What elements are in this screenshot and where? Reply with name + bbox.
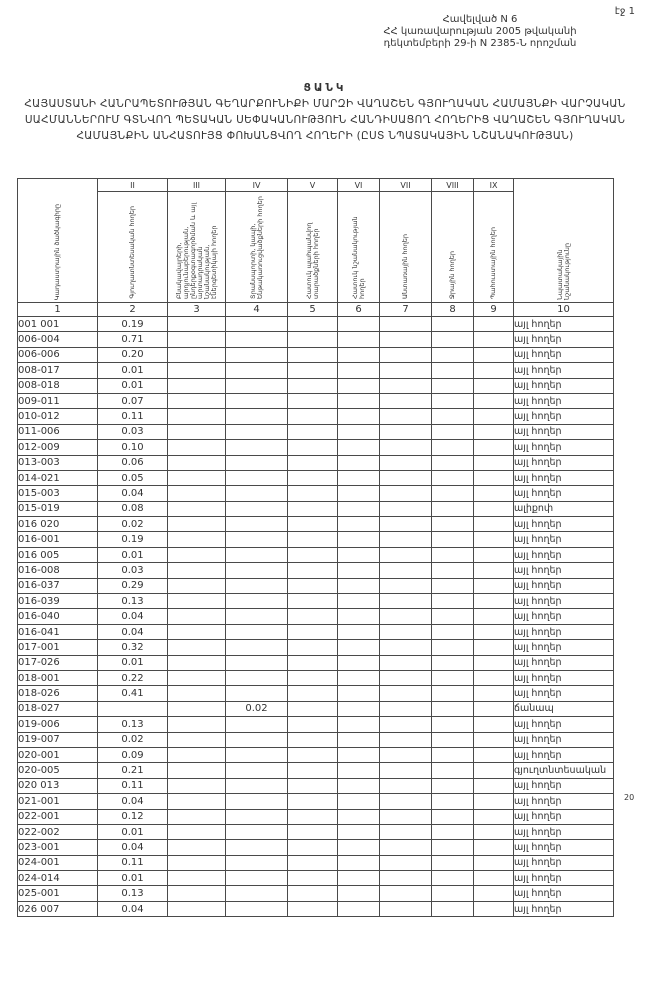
agricultural-area: 0.29 [98, 578, 168, 593]
transport-area [226, 686, 288, 701]
empty-cell [288, 578, 338, 593]
empty-cell [338, 378, 380, 393]
cadastral-code: 024-014 [18, 871, 98, 886]
empty-cell [288, 886, 338, 901]
transport-area [226, 809, 288, 824]
cadastral-code: 022-002 [18, 824, 98, 839]
transport-area [226, 763, 288, 778]
cadastral-code: 012-009 [18, 440, 98, 455]
empty-cell [380, 855, 432, 870]
empty-cell [432, 317, 474, 332]
agricultural-area: 0.05 [98, 470, 168, 485]
empty-cell [338, 640, 380, 655]
empty-cell [168, 517, 226, 532]
cadastral-code: 024-001 [18, 855, 98, 870]
empty-cell [474, 594, 514, 609]
empty-cell [168, 855, 226, 870]
transport-area [226, 747, 288, 762]
empty-cell [168, 578, 226, 593]
empty-cell [474, 563, 514, 578]
column-number: 2 [98, 303, 168, 317]
empty-cell [338, 655, 380, 670]
purpose: այլ հողեր [514, 824, 614, 839]
empty-cell [168, 717, 226, 732]
table-row: 016-0080.03այլ հողեր [18, 563, 614, 578]
empty-cell [474, 486, 514, 501]
empty-cell [168, 732, 226, 747]
transport-area [226, 393, 288, 408]
empty-cell [288, 747, 338, 762]
empty-cell [474, 824, 514, 839]
empty-cell [432, 763, 474, 778]
purpose: այլ հողեր [514, 686, 614, 701]
empty-cell [474, 532, 514, 547]
empty-cell [338, 440, 380, 455]
empty-cell [168, 393, 226, 408]
title-text: ՀԱՅԱՍՏԱՆԻ ՀԱՆՐԱՊԵՏՈՒԹՅԱՆ ԳԵՂԱՐՔՈՒՆԻՔԻ ՄԱ… [24, 98, 625, 142]
table-row: 017-0010.32այլ հողեր [18, 640, 614, 655]
table-row: 025-0010.13այլ հողեր [18, 886, 614, 901]
empty-cell [380, 686, 432, 701]
agricultural-area: 0.19 [98, 317, 168, 332]
purpose: այլ հողեր [514, 317, 614, 332]
purpose: այլ հողեր [514, 547, 614, 562]
roman-header: VIII [432, 179, 474, 192]
purpose: այլ հողեր [514, 717, 614, 732]
table-row: 020 0130.11այլ հողեր [18, 778, 614, 793]
purpose: այլ հողեր [514, 855, 614, 870]
table-row: 015-0030.04այլ հողեր [18, 486, 614, 501]
empty-cell [288, 670, 338, 685]
agricultural-area: 0.06 [98, 455, 168, 470]
empty-cell [288, 794, 338, 809]
purpose: այլ հողեր [514, 670, 614, 685]
empty-cell [168, 424, 226, 439]
column-number: 9 [474, 303, 514, 317]
empty-cell [432, 686, 474, 701]
empty-cell [338, 717, 380, 732]
empty-cell [168, 778, 226, 793]
table-row: 018-0260.41այլ հողեր [18, 686, 614, 701]
purpose: այլ հողեր [514, 655, 614, 670]
appendix-line-1: Հավելված N 6 [350, 14, 610, 26]
empty-cell [168, 763, 226, 778]
agricultural-area: 0.01 [98, 871, 168, 886]
empty-cell [380, 701, 432, 716]
empty-cell [380, 717, 432, 732]
empty-cell [288, 409, 338, 424]
empty-cell [288, 563, 338, 578]
agricultural-area: 0.04 [98, 609, 168, 624]
table-row: 022-0010.12այլ հողեր [18, 809, 614, 824]
purpose: այլ հողեր [514, 609, 614, 624]
empty-cell [168, 532, 226, 547]
empty-cell [380, 763, 432, 778]
column-number: 4 [226, 303, 288, 317]
transport-area [226, 409, 288, 424]
cadastral-code: 022-001 [18, 809, 98, 824]
empty-cell [432, 824, 474, 839]
empty-cell [338, 317, 380, 332]
cadastral-code: 015-019 [18, 501, 98, 516]
cadastral-code: 013-003 [18, 455, 98, 470]
roman-header: V [288, 179, 338, 192]
agricultural-area: 0.11 [98, 409, 168, 424]
agricultural-area: 0.01 [98, 363, 168, 378]
empty-cell [474, 455, 514, 470]
empty-cell [338, 624, 380, 639]
empty-cell [288, 809, 338, 824]
title-word: ՑԱՆԿ [20, 80, 630, 96]
table-row: 008-0180.01այլ հողեր [18, 378, 614, 393]
agricultural-area: 0.13 [98, 594, 168, 609]
column-header: Տրանսպորտի, կապի, ենթակառուցվածքների հող… [226, 192, 288, 303]
table-row: 013-0030.06այլ հողեր [18, 455, 614, 470]
empty-cell [288, 517, 338, 532]
empty-cell [168, 809, 226, 824]
empty-cell [474, 547, 514, 562]
empty-cell [432, 517, 474, 532]
cadastral-code: 009-011 [18, 393, 98, 408]
column-number: 1 [18, 303, 98, 317]
empty-cell [474, 747, 514, 762]
empty-cell [380, 794, 432, 809]
empty-cell [432, 470, 474, 485]
table-row: 011-0060.03այլ հողեր [18, 424, 614, 439]
cadastral-code: 026 007 [18, 901, 98, 916]
empty-cell [432, 809, 474, 824]
empty-cell [338, 393, 380, 408]
table-row: 019-0060.13այլ հողեր [18, 717, 614, 732]
transport-area [226, 317, 288, 332]
empty-cell [474, 901, 514, 916]
empty-cell [288, 547, 338, 562]
empty-cell [474, 501, 514, 516]
empty-cell [338, 578, 380, 593]
table-row: 014-0210.05այլ հողեր [18, 470, 614, 485]
purpose: ալիքոփ [514, 501, 614, 516]
column-header-text: Անտառային հողեր [402, 234, 409, 299]
empty-cell [168, 901, 226, 916]
table-row: 023-0010.04այլ հողեր [18, 840, 614, 855]
empty-cell [288, 686, 338, 701]
empty-cell [474, 686, 514, 701]
table-row: 024-0140.01այլ հողեր [18, 871, 614, 886]
purpose: այլ հողեր [514, 578, 614, 593]
purpose: այլ հողեր [514, 886, 614, 901]
empty-cell [338, 501, 380, 516]
column-header-text: Ջրային հողեր [449, 251, 456, 299]
empty-cell [380, 778, 432, 793]
purpose: գյուղտնտեսական [514, 763, 614, 778]
cadastral-code: 001 001 [18, 317, 98, 332]
column-number: 7 [380, 303, 432, 317]
purpose: այլ հողեր [514, 517, 614, 532]
column-number: 6 [338, 303, 380, 317]
empty-cell [380, 424, 432, 439]
empty-cell [288, 332, 338, 347]
empty-cell [288, 855, 338, 870]
empty-cell [432, 563, 474, 578]
agricultural-area [98, 701, 168, 716]
empty-cell [432, 578, 474, 593]
cadastral-code: 008-017 [18, 363, 98, 378]
empty-cell [168, 886, 226, 901]
empty-cell [338, 332, 380, 347]
empty-cell [338, 563, 380, 578]
cadastral-code: 008-018 [18, 378, 98, 393]
empty-cell [474, 332, 514, 347]
agricultural-area: 0.04 [98, 486, 168, 501]
transport-area [226, 578, 288, 593]
empty-cell [288, 393, 338, 408]
agricultural-area: 0.01 [98, 824, 168, 839]
purpose: այլ հողեր [514, 640, 614, 655]
empty-cell [432, 717, 474, 732]
purpose: այլ հողեր [514, 486, 614, 501]
column-header: Ջրային հողեր [432, 192, 474, 303]
empty-cell [168, 378, 226, 393]
empty-cell [474, 701, 514, 716]
cadastral-code: 023-001 [18, 840, 98, 855]
empty-cell [432, 655, 474, 670]
purpose: այլ հողեր [514, 624, 614, 639]
empty-cell [380, 440, 432, 455]
empty-cell [380, 578, 432, 593]
land-list-table: Կադաստրային ծածկագիրըIIIIIIVVVIVIIVIIIIX… [17, 178, 614, 917]
column-number: 8 [432, 303, 474, 317]
empty-cell [474, 317, 514, 332]
empty-cell [432, 855, 474, 870]
cadastral-code: 006-004 [18, 332, 98, 347]
empty-cell [432, 732, 474, 747]
empty-cell [338, 409, 380, 424]
transport-area [226, 886, 288, 901]
table-row: 017-0260.01այլ հողեր [18, 655, 614, 670]
cadastral-code: 017-026 [18, 655, 98, 670]
agricultural-area: 0.10 [98, 440, 168, 455]
table-row: 016-0400.04այլ հողեր [18, 609, 614, 624]
cadastral-code: 016-037 [18, 578, 98, 593]
roman-header: III [168, 179, 226, 192]
purpose: այլ հողեր [514, 424, 614, 439]
agricultural-area: 0.04 [98, 624, 168, 639]
column-header: Նպատակային նշանակությունը [514, 179, 614, 303]
cadastral-code: 016 020 [18, 517, 98, 532]
table-row: 018-0010.22այլ հողեր [18, 670, 614, 685]
empty-cell [432, 532, 474, 547]
empty-cell [288, 840, 338, 855]
empty-cell [168, 363, 226, 378]
agricultural-area: 0.19 [98, 532, 168, 547]
purpose: այլ հողեր [514, 747, 614, 762]
purpose: այլ հողեր [514, 332, 614, 347]
column-header-text: Գյուղատնտեսական հողեր [129, 206, 136, 299]
empty-cell [432, 363, 474, 378]
table-row: 016 0200.02այլ հողեր [18, 517, 614, 532]
empty-cell [432, 901, 474, 916]
purpose: այլ հողեր [514, 393, 614, 408]
roman-header: VII [380, 179, 432, 192]
transport-area [226, 655, 288, 670]
page-number: էջ 1 [615, 6, 635, 17]
empty-cell [288, 609, 338, 624]
cadastral-code: 010-012 [18, 409, 98, 424]
empty-cell [432, 547, 474, 562]
empty-cell [288, 717, 338, 732]
purpose: այլ հողեր [514, 871, 614, 886]
empty-cell [432, 332, 474, 347]
empty-cell [168, 409, 226, 424]
agricultural-area: 0.13 [98, 717, 168, 732]
purpose: այլ հողեր [514, 840, 614, 855]
empty-cell [338, 778, 380, 793]
empty-cell [338, 594, 380, 609]
empty-cell [338, 424, 380, 439]
empty-cell [474, 624, 514, 639]
roman-header: VI [338, 179, 380, 192]
empty-cell [168, 871, 226, 886]
empty-cell [432, 440, 474, 455]
column-header: Հատուկ նշանակության հողեր [338, 192, 380, 303]
empty-cell [338, 455, 380, 470]
cadastral-code: 016-040 [18, 609, 98, 624]
agricultural-area: 0.04 [98, 794, 168, 809]
empty-cell [380, 624, 432, 639]
empty-cell [380, 594, 432, 609]
empty-cell [288, 732, 338, 747]
column-header-text: Հատուկ պահպանվող տարածքների հողեր [306, 195, 320, 299]
transport-area [226, 455, 288, 470]
table-row: 009-0110.07այլ հողեր [18, 393, 614, 408]
cadastral-code: 020 013 [18, 778, 98, 793]
agricultural-area: 0.41 [98, 686, 168, 701]
purpose: այլ հողեր [514, 809, 614, 824]
cadastral-code: 011-006 [18, 424, 98, 439]
transport-area [226, 778, 288, 793]
empty-cell [168, 470, 226, 485]
empty-cell [432, 501, 474, 516]
empty-cell [432, 747, 474, 762]
empty-cell [474, 855, 514, 870]
margin-note: 20 [624, 793, 634, 802]
empty-cell [474, 732, 514, 747]
empty-cell [474, 840, 514, 855]
cadastral-code: 016-008 [18, 563, 98, 578]
roman-header: IX [474, 179, 514, 192]
column-header-text: Կադաստրային ծածկագիրը [54, 204, 61, 300]
empty-cell [474, 517, 514, 532]
table-row: 006-0060.20այլ հողեր [18, 347, 614, 362]
empty-cell [380, 363, 432, 378]
empty-cell [432, 778, 474, 793]
empty-cell [474, 763, 514, 778]
transport-area [226, 332, 288, 347]
table-row: 008-0170.01այլ հողեր [18, 363, 614, 378]
cadastral-code: 016-001 [18, 532, 98, 547]
empty-cell [380, 317, 432, 332]
empty-cell [474, 886, 514, 901]
empty-cell [168, 701, 226, 716]
empty-cell [288, 763, 338, 778]
transport-area: 0.02 [226, 701, 288, 716]
table-row: 016 0050.01այլ հողեր [18, 547, 614, 562]
empty-cell [168, 501, 226, 516]
roman-header: IV [226, 179, 288, 192]
agricultural-area: 0.20 [98, 347, 168, 362]
column-number: 3 [168, 303, 226, 317]
agricultural-area: 0.03 [98, 424, 168, 439]
empty-cell [288, 363, 338, 378]
table-row: 022-0020.01այլ հողեր [18, 824, 614, 839]
transport-area [226, 609, 288, 624]
empty-cell [380, 732, 432, 747]
empty-cell [168, 563, 226, 578]
column-header: Հատուկ պահպանվող տարածքների հողեր [288, 192, 338, 303]
cadastral-code: 017-001 [18, 640, 98, 655]
purpose: ճանապ [514, 701, 614, 716]
transport-area [226, 794, 288, 809]
empty-cell [168, 547, 226, 562]
transport-area [226, 855, 288, 870]
purpose: այլ հողեր [514, 470, 614, 485]
empty-cell [474, 470, 514, 485]
empty-cell [288, 424, 338, 439]
empty-cell [338, 363, 380, 378]
appendix-line-3: դեկտեմբերի 29-ի N 2385-Ն որոշման [350, 38, 610, 50]
empty-cell [168, 486, 226, 501]
empty-cell [432, 378, 474, 393]
empty-cell [168, 347, 226, 362]
empty-cell [288, 655, 338, 670]
empty-cell [338, 701, 380, 716]
purpose: այլ հողեր [514, 532, 614, 547]
cadastral-code: 021-001 [18, 794, 98, 809]
empty-cell [380, 455, 432, 470]
empty-cell [380, 347, 432, 362]
empty-cell [380, 840, 432, 855]
empty-cell [338, 732, 380, 747]
table-row: 020-0050.21գյուղտնտեսական [18, 763, 614, 778]
cadastral-code: 018-027 [18, 701, 98, 716]
empty-cell [288, 317, 338, 332]
transport-area [226, 347, 288, 362]
agricultural-area: 0.03 [98, 563, 168, 578]
empty-cell [288, 901, 338, 916]
column-header: Բնակավայրերի, արդյունաբերության, ընդերքօ… [168, 192, 226, 303]
empty-cell [380, 809, 432, 824]
empty-cell [380, 532, 432, 547]
table-row: 016-0370.29այլ հողեր [18, 578, 614, 593]
agricultural-area: 0.08 [98, 501, 168, 516]
empty-cell [474, 717, 514, 732]
transport-area [226, 470, 288, 485]
transport-area [226, 717, 288, 732]
empty-cell [288, 455, 338, 470]
empty-cell [168, 747, 226, 762]
empty-cell [380, 747, 432, 762]
cadastral-code: 018-001 [18, 670, 98, 685]
empty-cell [380, 824, 432, 839]
purpose: այլ հողեր [514, 794, 614, 809]
empty-cell [432, 871, 474, 886]
agricultural-area: 0.07 [98, 393, 168, 408]
table-row: 015-0190.08ալիքոփ [18, 501, 614, 516]
empty-cell [288, 501, 338, 516]
transport-area [226, 594, 288, 609]
empty-cell [338, 347, 380, 362]
empty-cell [288, 347, 338, 362]
